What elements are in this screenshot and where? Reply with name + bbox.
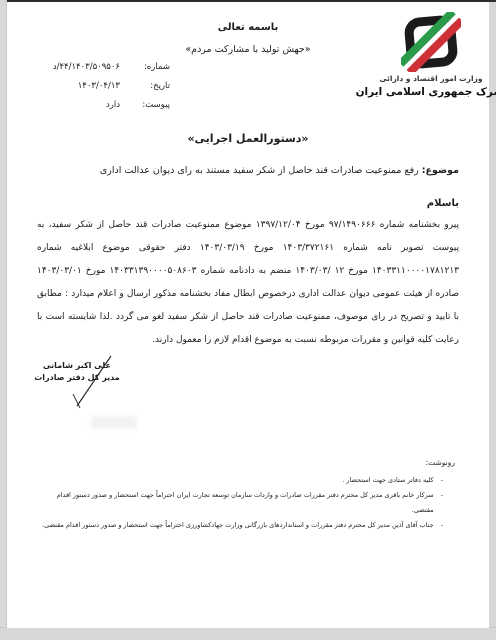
scan-edge-bottom [0,627,496,640]
cc-section: رونوشت: - کلیه دفاتر ستادی جهت استحضار .… [37,458,455,533]
cc-bullet: - [441,488,443,518]
signatory-title: مدیر کل دفتر صادرات [31,372,123,384]
cc-item-text: کلیه دفاتر ستادی جهت استحضار . [342,473,433,488]
letter-page: باسمه تعالی «جهش تولید با مشارکت مردم» و… [7,2,489,628]
attachment-label: پیوست: [134,100,170,110]
meta-row-number: شماره: د/۴۴/۱۴۰۳/۵۰۹۵۰۶ [38,62,170,72]
cc-item-text: جناب آقای آذین مدیر کل محترم دفتر مقررات… [42,518,434,533]
letter-meta-fields: شماره: د/۴۴/۱۴۰۳/۵۰۹۵۰۶ تاریخ: ۱۴۰۳/۰۴/۱… [38,62,170,119]
meta-row-date: تاریخ: ۱۴۰۳/۰۴/۱۳ [38,81,170,91]
date-label: تاریخ: [134,81,170,91]
signatory-name: علی اکبر شامانی [31,360,123,372]
meta-row-attachment: پیوست: دارد [38,100,170,110]
number-value: د/۴۴/۱۴۰۳/۵۰۹۵۰۶ [38,62,120,72]
subject-label: موضوع: [422,165,459,176]
cc-bullet: - [441,518,443,533]
subject-line: موضوع: رفع ممنوعیت صادرات قند حاصل از شک… [37,165,459,176]
customs-logo-icon [401,12,461,72]
organization-name: گمرک جمهوری اسلامی ایران [341,86,496,98]
date-value: ۱۴۰۳/۰۴/۱۳ [38,81,120,91]
letter-body: پیرو بخشنامه شماره ۹۷/۱۴۹۰۶۶۶ مورخ ۱۳۹۷/… [37,214,459,352]
number-label: شماره: [134,62,170,72]
cc-bullet: - [441,473,443,488]
cc-label: رونوشت: [37,458,455,467]
cc-item-text: سرکار خانم باقری مدیر کل محترم دفتر مقرر… [37,488,434,518]
salutation-text: باسلام [427,198,459,209]
cc-item: - کلیه دفاتر ستادی جهت استحضار . [37,473,455,488]
attachment-value: دارد [38,100,120,110]
ministry-name: وزارت امور اقتصاد و دارائی [341,74,496,83]
signature-block: علی اکبر شامانی مدیر کل دفتر صادرات [31,360,123,384]
document-title: «دستورالعمل اجرایی» [7,132,489,145]
customs-logo [401,12,461,72]
cc-item: - سرکار خانم باقری مدیر کل محترم دفتر مق… [37,488,455,518]
scan-edge-left [0,0,7,640]
cc-item: - جناب آقای آذین مدیر کل محترم دفتر مقرر… [37,518,455,533]
subject-text: رفع ممنوعیت صادرات قند حاصل از شکر سفید … [100,165,422,176]
faint-stamp-mark [91,416,137,429]
